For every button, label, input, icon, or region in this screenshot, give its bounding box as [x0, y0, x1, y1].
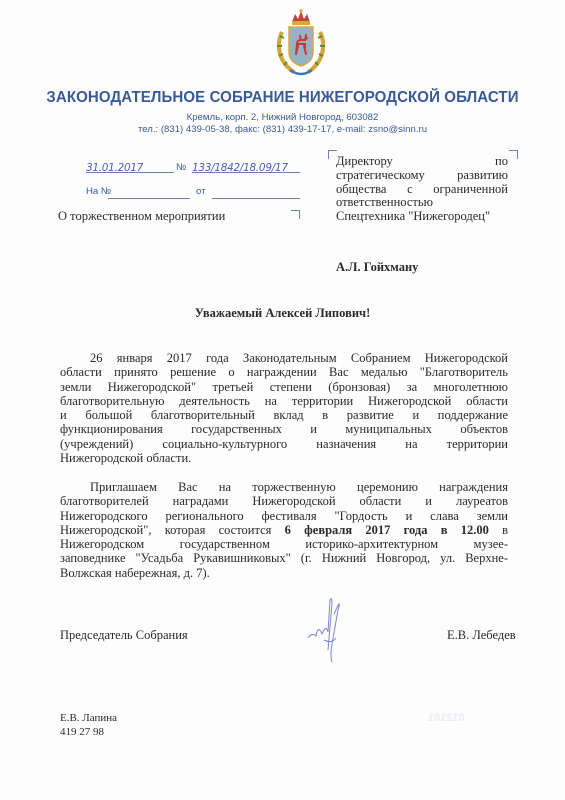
- reply-from-label: от: [196, 186, 206, 197]
- reply-from-date-field: [212, 184, 300, 199]
- recipient-line: стратегическому развитию: [336, 169, 508, 183]
- recipient-line: общества с ограниченной: [336, 183, 508, 197]
- addressee-name: А.Л. Гойхману: [336, 260, 418, 275]
- organization-address: Кремль, корп. 2, Нижний Новгород, 603082: [0, 112, 565, 123]
- recipient-block: Директору по стратегическому развитию об…: [336, 155, 508, 224]
- body-line-event: Нижегородской", которая состоится 6 февр…: [60, 523, 508, 537]
- body-line: функционирования государственных и муниц…: [60, 422, 508, 436]
- outgoing-date-value: 31.01.2017: [86, 162, 143, 174]
- body-paragraph-2: Приглашаем Вас на торжественную церемони…: [60, 480, 508, 580]
- outgoing-number-field: 133/1842/18.09/17: [192, 158, 300, 173]
- event-datetime: 6 февраля 2017 года в 12.00: [285, 523, 489, 537]
- body-line: заповеднике "Усадьба Рукавишниковых" (г.…: [60, 551, 508, 565]
- recipient-line: ответственностью: [336, 196, 508, 210]
- body-line: и большой благотворительный вклад в разв…: [60, 408, 508, 422]
- executor-name: Е.В. Лапина: [60, 712, 117, 724]
- body-line: 26 января 2017 года Законодательным Собр…: [60, 351, 508, 365]
- outgoing-date-field: 31.01.2017: [86, 158, 174, 173]
- coat-of-arms-emblem: [272, 8, 330, 80]
- outgoing-number-value: 133/1842/18.09/17: [192, 162, 288, 174]
- body-line: Волжская набережная, д. 7).: [60, 566, 508, 580]
- recipient-corner-mark-right: [509, 150, 518, 159]
- number-label: №: [176, 162, 186, 173]
- body-line: Нижегородской области.: [60, 451, 508, 465]
- body-line: области принято решение о награждении Ва…: [60, 365, 508, 379]
- body-line: благотворителей наградами Нижегородской …: [60, 494, 508, 508]
- body-line: Приглашаем Вас на торжественную церемони…: [60, 480, 508, 494]
- executor-phone: 419 27 98: [60, 726, 104, 738]
- registration-stamp-number: 012181: [428, 712, 465, 724]
- signatory-role: Председатель Собрания: [60, 628, 188, 643]
- subject-corner-mark: [291, 210, 300, 219]
- body-paragraph-1: 26 января 2017 года Законодательным Собр…: [60, 351, 508, 465]
- body-line: (учреждений) социально-культурного назна…: [60, 437, 508, 451]
- letter-subject: О торжественном мероприятии: [58, 209, 225, 224]
- organization-contacts: тел.: (831) 439-05-38, факс: (831) 439-1…: [0, 124, 565, 135]
- body-line: благотворительную деятельность на террит…: [60, 394, 508, 408]
- body-line: земли Нижегородской" третьей степени (бр…: [60, 380, 508, 394]
- salutation: Уважаемый Алексей Липович!: [0, 306, 565, 321]
- recipient-line: Директору по: [336, 155, 508, 169]
- reply-to-number-field: [108, 184, 190, 199]
- signatory-name: Е.В. Лебедев: [447, 628, 516, 643]
- signature-icon: [302, 594, 352, 664]
- recipient-line: Спецтехника "Нижегородец": [336, 210, 508, 224]
- body-line: Нижегородского регионального фестиваля "…: [60, 509, 508, 523]
- organization-name: ЗАКОНОДАТЕЛЬНОЕ СОБРАНИЕ НИЖЕГОРОДСКОЙ О…: [8, 89, 556, 107]
- body-line: Нижегородском государственном историко-а…: [60, 537, 508, 551]
